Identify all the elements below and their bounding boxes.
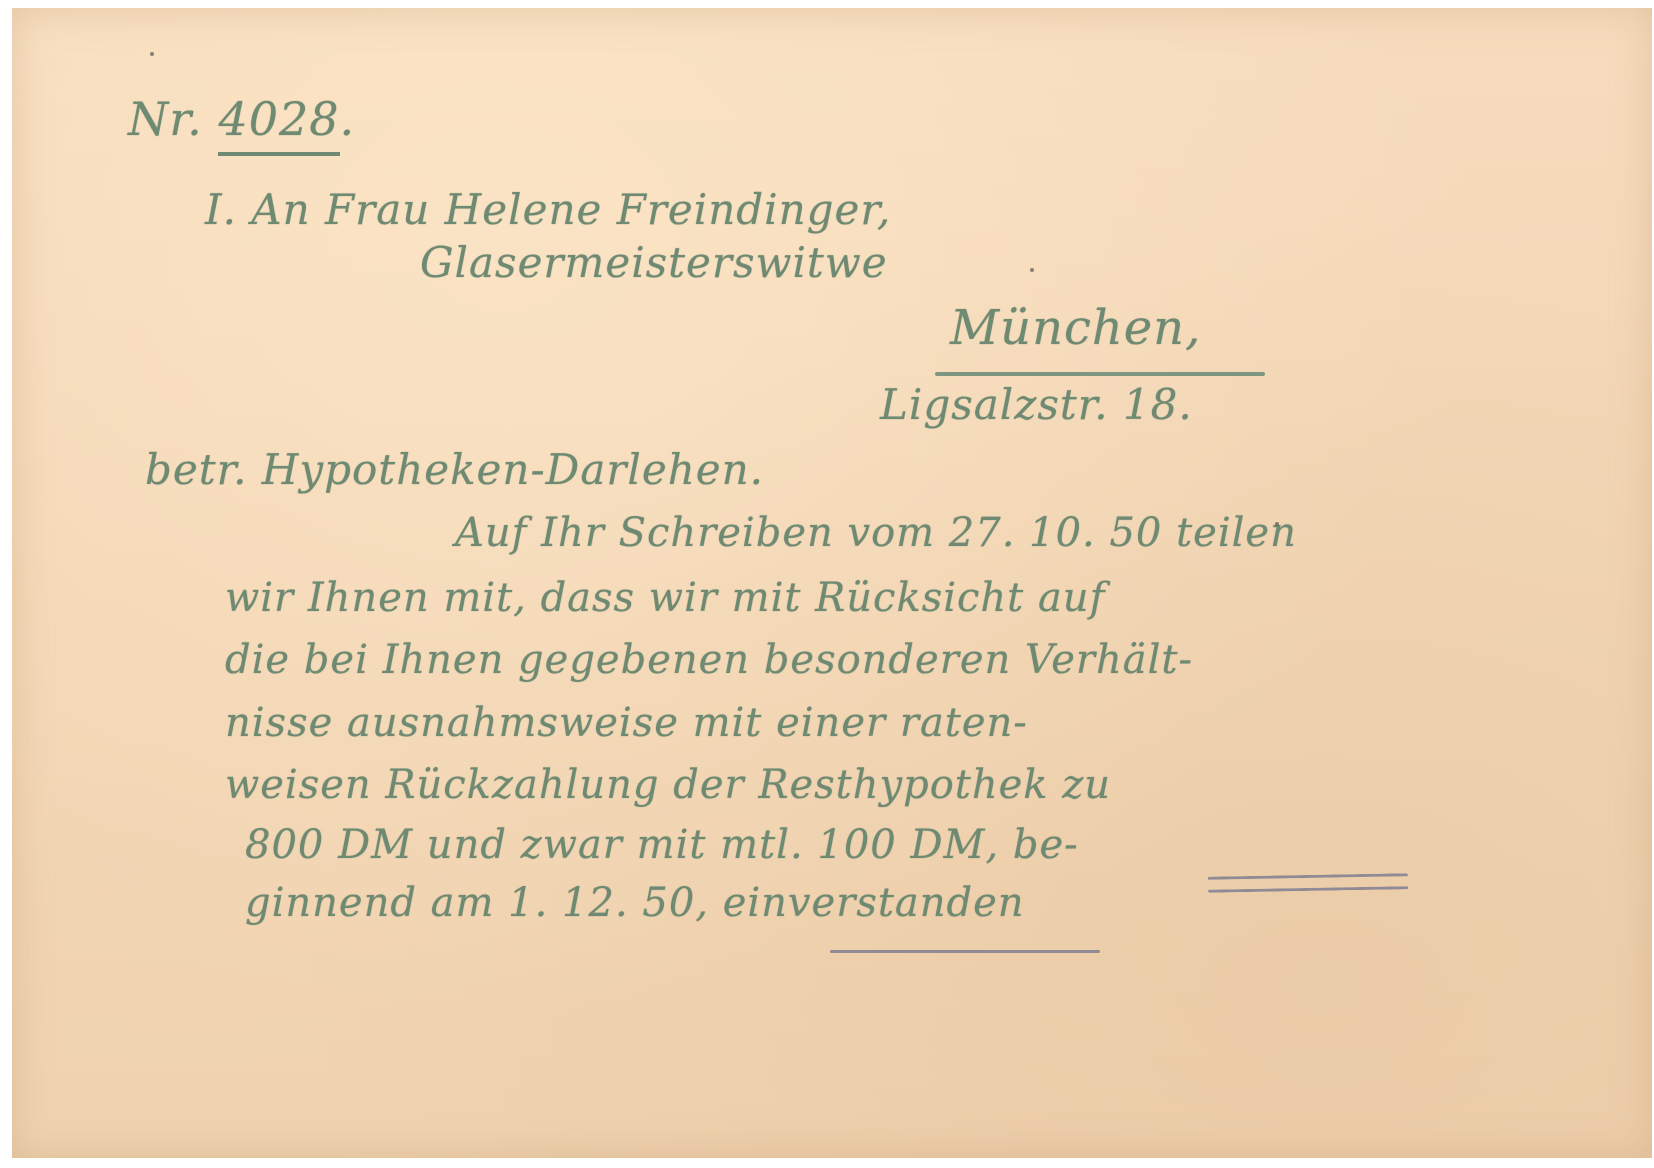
body-line: Auf Ihr Schreiben vom 27. 10. 50 teilen xyxy=(455,510,1297,556)
paper-speck xyxy=(150,52,154,56)
scanned-page: Nr. 4028. I. An Frau Helene Freindinger,… xyxy=(0,0,1654,1168)
body-line: wir Ihnen mit, dass wir mit Rücksicht au… xyxy=(225,575,1105,621)
city-underline xyxy=(935,372,1265,376)
body-line: weisen Rückzahlung der Resthypothek zu xyxy=(225,762,1111,808)
subject-line: betr. Hypotheken-Darlehen. xyxy=(145,445,764,494)
recipient-name: I. An Frau Helene Freindinger, xyxy=(205,185,891,234)
recipient-city: München, xyxy=(950,300,1201,356)
body-line: ginnend am 1. 12. 50, einverstanden xyxy=(245,880,1025,926)
paper-speck xyxy=(1030,268,1034,272)
body-line: nisse ausnahmsweise mit einer raten- xyxy=(225,700,1028,746)
reference-prefix: Nr. xyxy=(128,92,203,146)
reference-suffix: . xyxy=(340,92,356,146)
reference-number-value: 4028 xyxy=(218,92,339,156)
body-line: die bei Ihnen gegebenen besonderen Verhä… xyxy=(225,637,1193,683)
body-line: 800 DM und zwar mit mtl. 100 DM, be- xyxy=(245,822,1079,868)
recipient-street: Ligsalzstr. 18. xyxy=(880,380,1193,429)
recipient-occupation: Glasermeisterswitwe xyxy=(420,238,888,287)
date-underline xyxy=(830,950,1100,953)
reference-number: Nr. 4028. xyxy=(128,92,355,146)
paper-speck xyxy=(1275,522,1279,526)
